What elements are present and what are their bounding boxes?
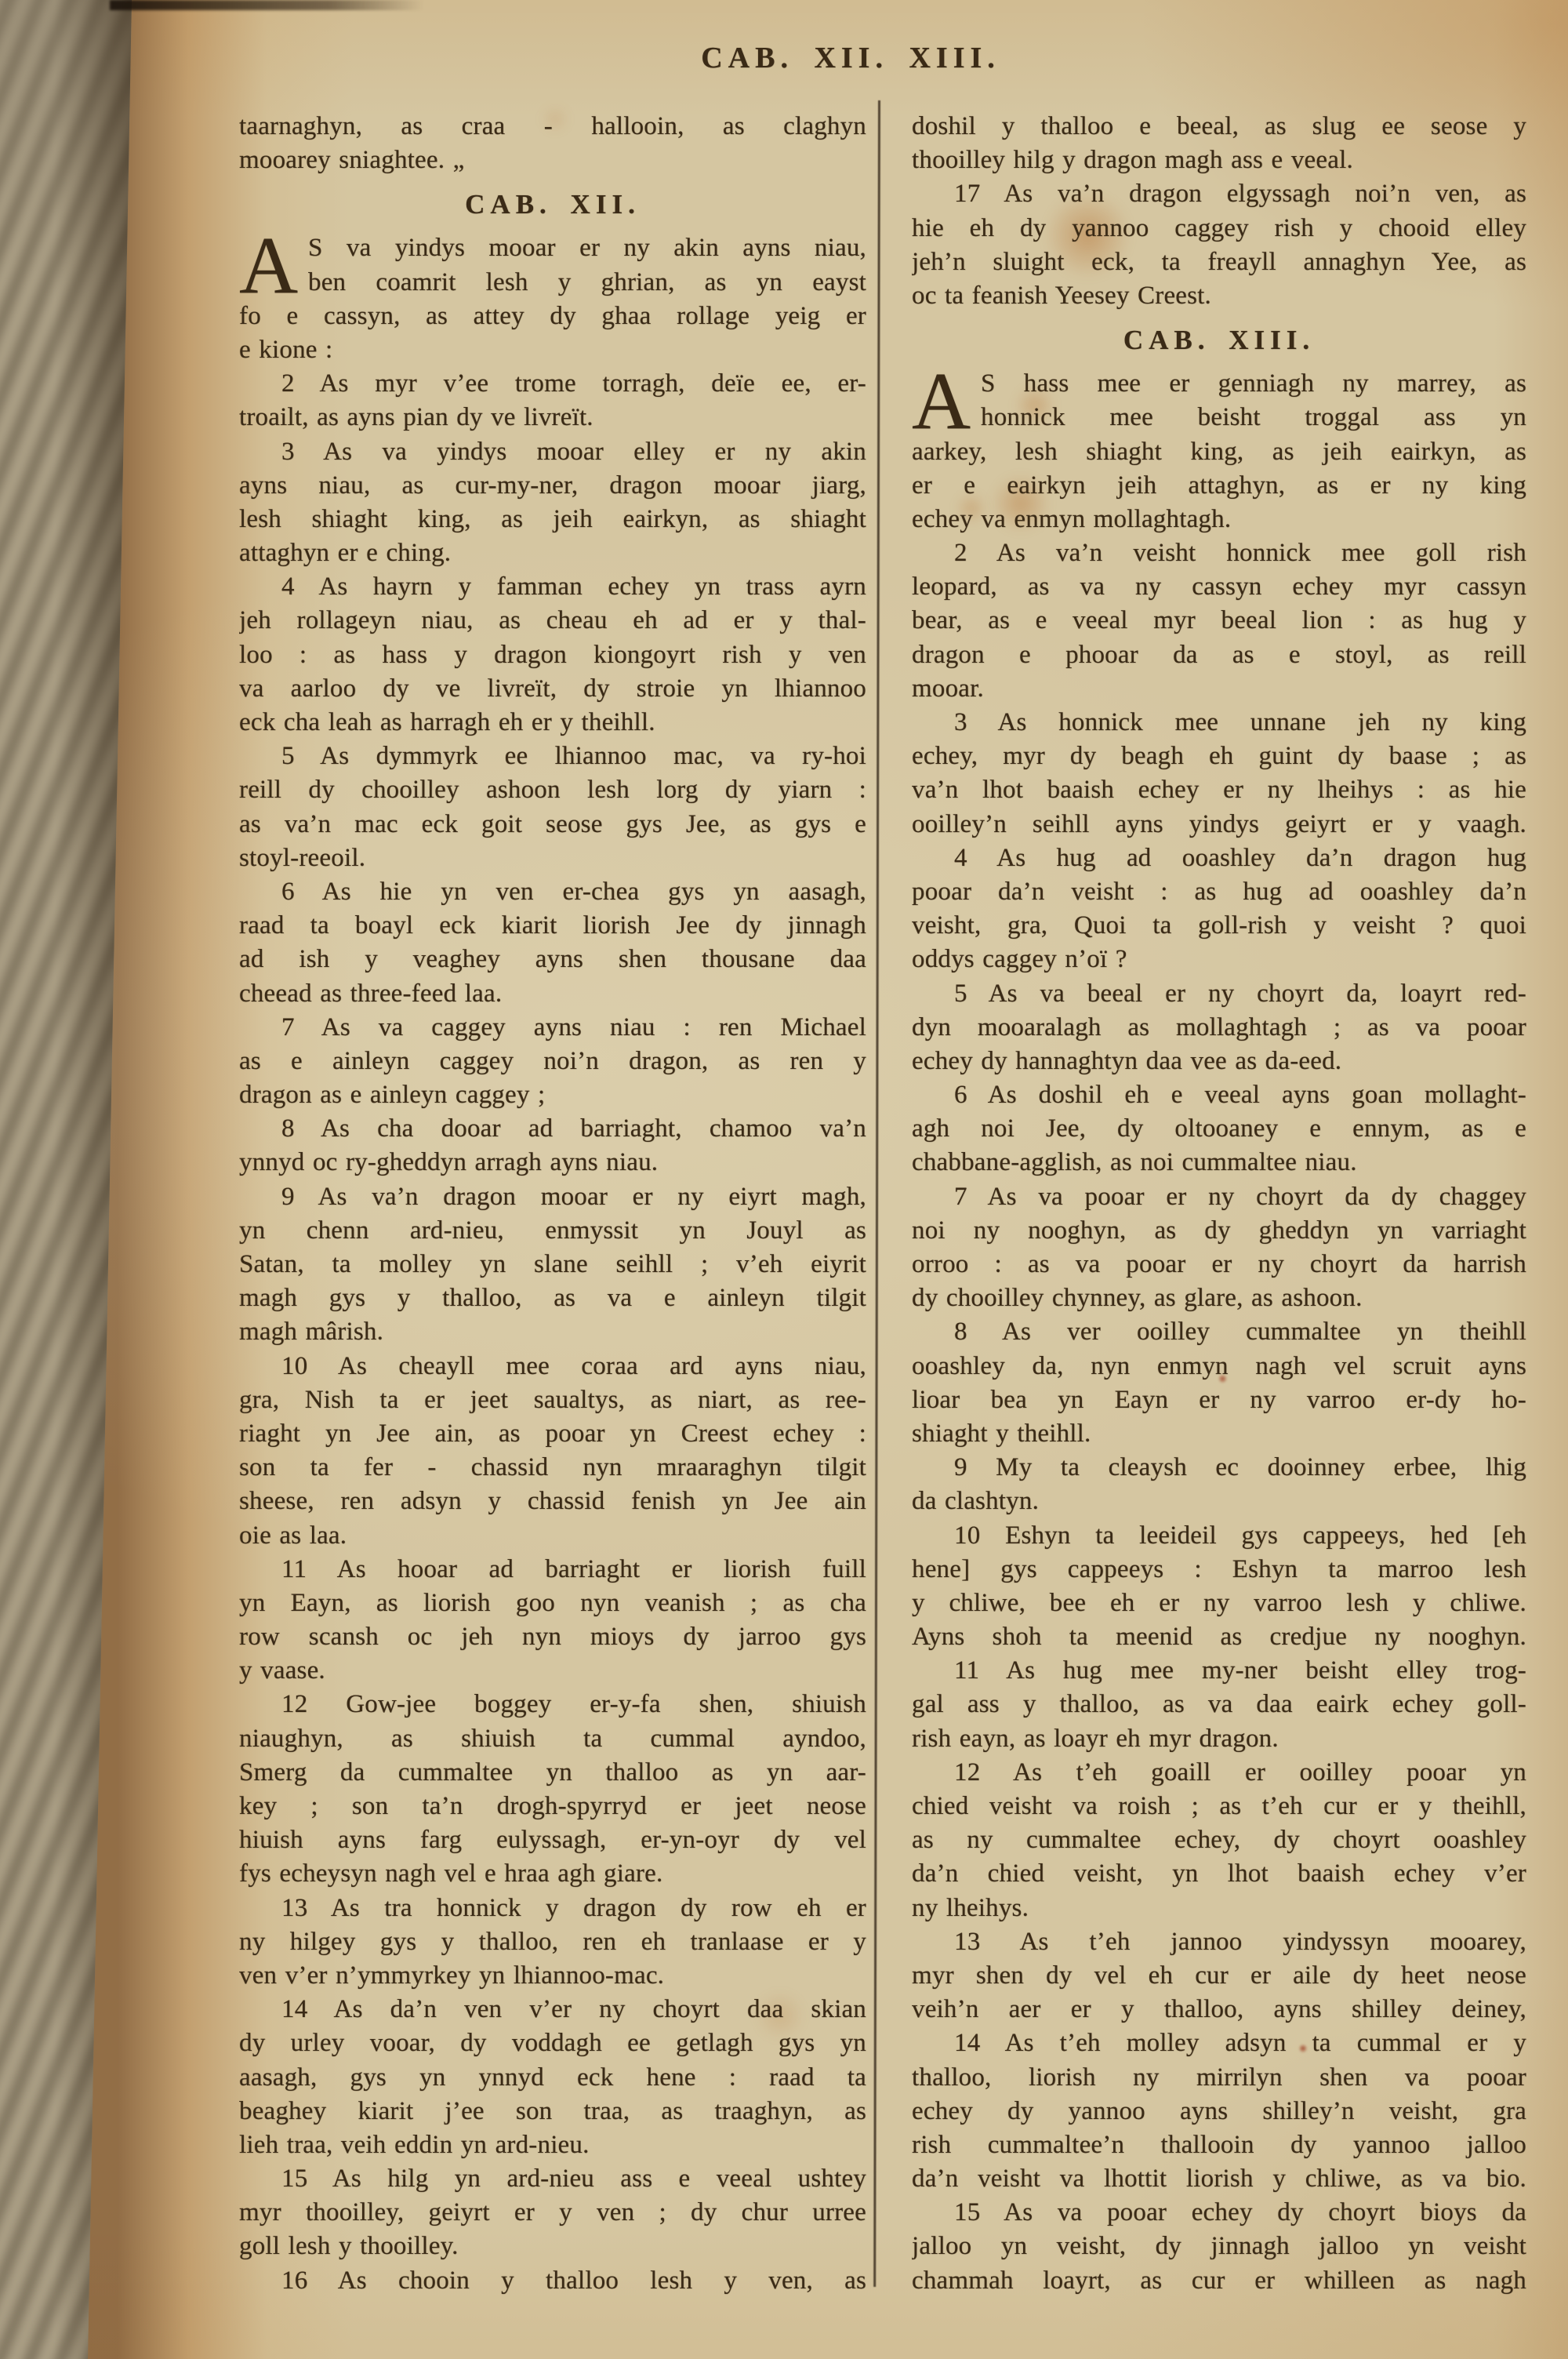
text-line: stoyl-reeoil. — [239, 841, 866, 875]
text-line: eck cha leah as harragh eh er y theihll. — [239, 706, 866, 740]
verse-paragraph: 15 As hilg yn ard-nieu ass e veeal ushte… — [239, 2162, 866, 2264]
text-line: da’n veisht va lhottit liorish y chliwe,… — [912, 2162, 1526, 2196]
text-line: echey dy yannoo ayns shilley’n veisht, g… — [912, 2095, 1526, 2128]
text-line: ben coamrit lesh y ghrian, as yn eayst — [308, 266, 866, 300]
chapter-heading: CAB. XII. — [239, 187, 866, 221]
text-line: thalloo, liorish ny mirrilyn shen va poo… — [912, 2061, 1526, 2095]
text-line: y chliwe, bee eh er ny varroo lesh y chl… — [912, 1587, 1526, 1620]
text-line: veih’n aer er y thalloo, ayns shilley de… — [912, 1993, 1526, 2026]
text-line: leopard, as va ny cassyn echey myr cassy… — [912, 570, 1526, 604]
text-line: 3 As honnick mee unnane jeh ny king — [912, 706, 1526, 740]
text-line: magh mârish. — [239, 1315, 866, 1349]
text-line: honnick mee beisht troggal ass yn — [981, 401, 1526, 434]
text-line: dragon as e ainleyn caggey ; — [239, 1078, 866, 1112]
text-line: yn chenn ard-nieu, enmyssit yn Jouyl as — [239, 1214, 866, 1248]
verse-paragraph: 9 As va’n dragon mooar er ny eiyrt magh,… — [239, 1180, 866, 1350]
text-line: S hass mee er genniagh ny marrey, as — [981, 367, 1526, 401]
verse-paragraph: 2 As va’n veisht honnick mee goll rishle… — [912, 536, 1526, 706]
verse-paragraph: 5 As dymmyrk ee lhiannoo mac, va ry-hoir… — [239, 740, 866, 875]
text-line: son ta fer - chassid nyn mraaraghyn tilg… — [239, 1451, 866, 1485]
text-line: S va yindys mooar er ny akin ayns niau, — [308, 231, 866, 265]
text-line: chied veisht va roish ; as t’eh cur er y… — [912, 1790, 1526, 1823]
text-line: 5 As va beeal er ny choyrt da, loayrt re… — [912, 977, 1526, 1011]
page-header: CAB. XII. XIII. — [235, 41, 1466, 75]
text-line: oc ta feanish Yeesey Creest. — [912, 279, 1526, 313]
text-line: 4 As hug ad ooashley da’n dragon hug — [912, 841, 1526, 875]
text-line: chabbane-agglish, as noi cummaltee niau. — [912, 1146, 1526, 1179]
text-line: reill dy chooilley ashoon lesh lorg dy y… — [239, 773, 866, 807]
continuation-paragraph: taarnaghyn, as craa - hallooin, as clagh… — [239, 110, 866, 177]
text-line: rish eayn, as loayr eh myr dragon. — [912, 1722, 1526, 1756]
book-page: CAB. XII. XIII. taarnaghyn, as craa - ha… — [0, 0, 1568, 2359]
verse-paragraph: 8 As cha dooar ad barriaght, chamoo va’n… — [239, 1112, 866, 1179]
text-line: echey va enmyn mollaghtagh. — [912, 503, 1526, 536]
text-line: riaght yn Jee ain, as pooar yn Creest ec… — [239, 1417, 866, 1451]
verse-paragraph: 15 As va pooar echey dy choyrt bioys daj… — [912, 2196, 1526, 2298]
text-line: Ayns shoh ta meenid as credjue ny nooghy… — [912, 1620, 1526, 1654]
drop-cap-letter: A — [239, 233, 302, 299]
text-line: niaughyn, as shiuish ta cummal ayndoo, — [239, 1722, 866, 1756]
text-line: gra, Nish ta er jeet saualtys, as niart,… — [239, 1383, 866, 1417]
text-line: 15 As va pooar echey dy choyrt bioys da — [912, 2196, 1526, 2230]
text-line: 4 As hayrn y famman echey yn trass ayrn — [239, 570, 866, 604]
text-line: yn Eayn, as liorish goo nyn veanish ; as… — [239, 1587, 866, 1620]
verse-paragraph: 6 As hie yn ven er-chea gys yn aasagh,ra… — [239, 875, 866, 1011]
text-line: Satan, ta molley yn slane seihll ; v’eh … — [239, 1248, 866, 1281]
verse-paragraph: 10 Eshyn ta leeideil gys cappeeys, hed [… — [912, 1519, 1526, 1655]
text-line: 14 As t’eh molley adsyn ta cummal er y — [912, 2026, 1526, 2060]
text-line: as e ainleyn caggey noi’n dragon, as ren… — [239, 1045, 866, 1078]
text-line: fo e cassyn, as attey dy ghaa rollage ye… — [239, 300, 866, 333]
text-line: row scansh oc jeh nyn mioys dy jarroo gy… — [239, 1620, 866, 1654]
verse-paragraph: 6 As doshil eh e veeal ayns goan mollagh… — [912, 1078, 1526, 1180]
text-line: ooashley da, nyn enmyn nagh vel scruit a… — [912, 1350, 1526, 1383]
text-line: myr shen dy vel eh cur er aile dy heet n… — [912, 1959, 1526, 1993]
text-line: 3 As va yindys mooar elley er ny akin — [239, 435, 866, 469]
text-line: 13 As t’eh jannoo yindyssyn mooarey, — [912, 1925, 1526, 1959]
text-line: oddys caggey n’oï ? — [912, 943, 1526, 976]
text-line: 10 Eshyn ta leeideil gys cappeeys, hed [… — [912, 1519, 1526, 1553]
text-line: oie as laa. — [239, 1519, 866, 1553]
text-line: 7 As va pooar er ny choyrt da dy chaggey — [912, 1180, 1526, 1214]
verse-paragraph: 14 As t’eh molley adsyn ta cummal er yth… — [912, 2026, 1526, 2196]
text-line: shiaght y theihll. — [912, 1417, 1526, 1451]
text-line: doshil y thalloo e beeal, as slug ee seo… — [912, 110, 1526, 144]
verse-paragraph: 10 As cheayll mee coraa ard ayns niau,gr… — [239, 1350, 866, 1553]
text-line: veisht, gra, Quoi ta goll-rish y veisht … — [912, 909, 1526, 943]
text-line: loo : as hass y dragon kiongoyrt rish y … — [239, 638, 866, 672]
verse-paragraph: 14 As da’n ven v’er ny choyrt daa skiand… — [239, 1993, 866, 2162]
verse-paragraph: 17 As va’n dragon elgyssagh noi’n ven, a… — [912, 177, 1526, 313]
text-line: dyn mooaralagh as mollaghtagh ; as va po… — [912, 1011, 1526, 1045]
text-line: 11 As hug mee my-ner beisht elley trog- — [912, 1654, 1526, 1688]
text-line: cheead as three-feed laa. — [239, 977, 866, 1011]
text-line: 8 As cha dooar ad barriaght, chamoo va’n — [239, 1112, 866, 1146]
text-line: beaghey kiarit j’ee son traa, as traaghy… — [239, 2095, 866, 2128]
verse-paragraph: 11 As hooar ad barriaght er liorish fuil… — [239, 1553, 866, 1688]
text-line: troailt, as ayns pian dy ve livreït. — [239, 401, 866, 434]
text-line: mooarey sniaghtee. „ — [239, 144, 866, 177]
verse-paragraph: 3 As va yindys mooar elley er ny akinayn… — [239, 435, 866, 571]
text-line: ayns niau, as cur-my-ner, dragon mooar j… — [239, 469, 866, 503]
text-line: agh noi Jee, dy oltooaney e ennym, as e — [912, 1112, 1526, 1146]
text-line: da clashtyn. — [912, 1485, 1526, 1518]
verse-paragraph: 12 Gow-jee boggey er-y-fa shen, shiuishn… — [239, 1688, 866, 1891]
text-line: ynnyd oc ry-gheddyn arragh ayns niau. — [239, 1146, 866, 1179]
text-line: ooilley’n seihll ayns yindys geiyrt er y… — [912, 808, 1526, 841]
text-line: gal ass y thalloo, as va daa eairk echey… — [912, 1688, 1526, 1721]
verse-paragraph: 7 As va caggey ayns niau : ren Michaelas… — [239, 1011, 866, 1113]
text-line: 8 As ver ooilley cummaltee yn theihll — [912, 1315, 1526, 1349]
text-line: aasagh, gys yn ynnyd eck hene : raad ta — [239, 2061, 866, 2095]
text-line: 2 As va’n veisht honnick mee goll rish — [912, 536, 1526, 570]
text-line: sheese, ren adsyn y chassid fenish yn Je… — [239, 1485, 866, 1518]
text-line: 5 As dymmyrk ee lhiannoo mac, va ry-hoi — [239, 740, 866, 773]
text-line: jalloo yn veisht, dy jinnagh jalloo yn v… — [912, 2230, 1526, 2263]
text-line: va aarloo dy ve livreït, dy stroie yn lh… — [239, 672, 866, 706]
text-line: 12 As t’eh goaill er ooilley pooar yn — [912, 1756, 1526, 1790]
verse-paragraph: 4 As hug ad ooashley da’n dragon hugpooa… — [912, 841, 1526, 977]
text-line: mooar. — [912, 672, 1526, 706]
text-line: e kione : — [239, 333, 866, 367]
text-line: myr thooilley, geiyrt er y ven ; dy chur… — [239, 2196, 866, 2230]
verse-paragraph: 13 As t’eh jannoo yindyssyn mooarey,myr … — [912, 1925, 1526, 2027]
text-line: 11 As hooar ad barriaght er liorish fuil… — [239, 1553, 866, 1587]
text-line: raad ta boayl eck kiarit liorish Jee dy … — [239, 909, 866, 943]
text-line: rish cummaltee’n thallooin dy yannoo jal… — [912, 2128, 1526, 2162]
text-line: bear, as e veeal myr beeal lion : as hug… — [912, 604, 1526, 638]
verse-paragraph: AS hass mee er genniagh ny marrey, ashon… — [912, 367, 1526, 536]
column-divider-rule — [873, 100, 880, 2287]
text-line: key ; son ta’n drogh-spyrryd er jeet neo… — [239, 1790, 866, 1823]
verse-paragraph: 7 As va pooar er ny choyrt da dy chaggey… — [912, 1180, 1526, 1316]
verse-paragraph: 8 As ver ooilley cummaltee yn theihllooa… — [912, 1315, 1526, 1451]
text-line: 6 As doshil eh e veeal ayns goan mollagh… — [912, 1078, 1526, 1112]
text-line: ven v’er n’ymmyrkey yn lhiannoo-mac. — [239, 1959, 866, 1993]
text-line: 16 As chooin y thalloo lesh y ven, as — [239, 2264, 866, 2298]
continuation-paragraph: doshil y thalloo e beeal, as slug ee seo… — [912, 110, 1526, 177]
text-line: ny lheihys. — [912, 1892, 1526, 1925]
text-line: 14 As da’n ven v’er ny choyrt daa skian — [239, 1993, 866, 2026]
text-line: 9 As va’n dragon mooar er ny eiyrt magh, — [239, 1180, 866, 1214]
text-line: hie eh dy yannoo caggey rish y chooid el… — [912, 212, 1526, 245]
chapter-heading: CAB. XIII. — [912, 323, 1526, 357]
text-line: goll lesh y thooilley. — [239, 2230, 866, 2263]
verse-paragraph: 4 As hayrn y famman echey yn trass ayrnj… — [239, 570, 866, 740]
text-line: as ny cummaltee echey, dy choyrt ooashle… — [912, 1823, 1526, 1857]
drop-cap-letter: A — [912, 369, 975, 434]
text-line: 9 My ta cleaysh ec dooinney erbee, lhig — [912, 1451, 1526, 1485]
text-line: attaghyn er e ching. — [239, 536, 866, 570]
text-line: orroo : as va pooar er ny choyrt da harr… — [912, 1248, 1526, 1281]
verse-paragraph: 9 My ta cleaysh ec dooinney erbee, lhigd… — [912, 1451, 1526, 1518]
text-line: pooar da’n veisht : as hug ad ooashley d… — [912, 875, 1526, 909]
verse-paragraph: 13 As tra honnick y dragon dy row eh ern… — [239, 1892, 866, 1994]
text-line: Smerg da cummaltee yn thalloo as yn aar- — [239, 1756, 866, 1790]
text-line: echey dy hannaghtyn daa vee as da-eed. — [912, 1045, 1526, 1078]
text-line: da’n chied veisht, yn lhot baaish echey … — [912, 1857, 1526, 1891]
text-line: 12 Gow-jee boggey er-y-fa shen, shiuish — [239, 1688, 866, 1721]
text-line: ny hilgey gys y thalloo, ren eh tranlaas… — [239, 1925, 866, 1959]
text-line: thooilley hilg y dragon magh ass e veeal… — [912, 144, 1526, 177]
text-line: 15 As hilg yn ard-nieu ass e veeal ushte… — [239, 2162, 866, 2196]
verse-paragraph: 12 As t’eh goaill er ooilley pooar ynchi… — [912, 1756, 1526, 1925]
text-column-left: taarnaghyn, as craa - hallooin, as clagh… — [239, 110, 866, 2298]
text-line: y vaase. — [239, 1654, 866, 1688]
text-line: ad ish y veaghey ayns shen thousane daa — [239, 943, 866, 976]
text-line: dragon e phooar da as e stoyl, as reill — [912, 638, 1526, 672]
text-line: lioar bea yn Eayn er ny varroo er-dy ho- — [912, 1383, 1526, 1417]
verse-paragraph: 3 As honnick mee unnane jeh ny kingechey… — [912, 706, 1526, 841]
text-line: hiuish ayns farg eulyssagh, er-yn-oyr dy… — [239, 1823, 866, 1857]
text-line: jeh’n sluight eck, ta freayll annaghyn Y… — [912, 245, 1526, 279]
verse-paragraph: AS va yindys mooar er ny akin ayns niau,… — [239, 231, 866, 367]
text-line: dy urley vooar, dy voddagh ee getlagh gy… — [239, 2026, 866, 2060]
text-line: chammah loayrt, as cur er whilleen as na… — [912, 2264, 1526, 2298]
text-line: jeh rollageyn niau, as cheau eh ad er y … — [239, 604, 866, 638]
text-line: 10 As cheayll mee coraa ard ayns niau, — [239, 1350, 866, 1383]
text-line: aarkey, lesh shiaght king, as jeih eairk… — [912, 435, 1526, 469]
scanned-book-photo: CAB. XII. XIII. taarnaghyn, as craa - ha… — [0, 0, 1568, 2359]
verse-paragraph: 11 As hug mee my-ner beisht elley trog-g… — [912, 1654, 1526, 1756]
text-line: dy chooilley chynney, as glare, as ashoo… — [912, 1281, 1526, 1315]
text-line: lieh traa, veih eddin yn ard-nieu. — [239, 2128, 866, 2162]
text-line: 17 As va’n dragon elgyssagh noi’n ven, a… — [912, 177, 1526, 211]
verse-paragraph: 5 As va beeal er ny choyrt da, loayrt re… — [912, 977, 1526, 1079]
text-line: lesh shiaght king, as jeih eairkyn, as s… — [239, 503, 866, 536]
verse-paragraph: 16 As chooin y thalloo lesh y ven, as — [239, 2264, 866, 2298]
text-line: 2 As myr v’ee trome torragh, deïe ee, er… — [239, 367, 866, 401]
text-line: hene] gys cappeeys : Eshyn ta marroo les… — [912, 1553, 1526, 1587]
text-column-right: doshil y thalloo e beeal, as slug ee seo… — [912, 110, 1526, 2298]
text-line: 13 As tra honnick y dragon dy row eh er — [239, 1892, 866, 1925]
text-line: as va’n mac eck goit seose gys Jee, as g… — [239, 808, 866, 841]
text-line: 6 As hie yn ven er-chea gys yn aasagh, — [239, 875, 866, 909]
text-line: noi ny nooghyn, as dy gheddyn yn varriag… — [912, 1214, 1526, 1248]
text-line: 7 As va caggey ayns niau : ren Michael — [239, 1011, 866, 1045]
text-line: magh gys y thalloo, as va e ainleyn tilg… — [239, 1281, 866, 1315]
text-line: taarnaghyn, as craa - hallooin, as clagh… — [239, 110, 866, 144]
page-top-edge-shadow — [110, 0, 423, 10]
verse-paragraph: 2 As myr v’ee trome torragh, deïe ee, er… — [239, 367, 866, 434]
text-line: va’n lhot baaish echey er ny lheihys : a… — [912, 773, 1526, 807]
text-line: er e eairkyn jeih attaghyn, as er ny kin… — [912, 469, 1526, 503]
text-line: echey, myr dy beagh eh guint dy baase ; … — [912, 740, 1526, 773]
text-line: fys echeysyn nagh vel e hraa agh giare. — [239, 1857, 866, 1891]
